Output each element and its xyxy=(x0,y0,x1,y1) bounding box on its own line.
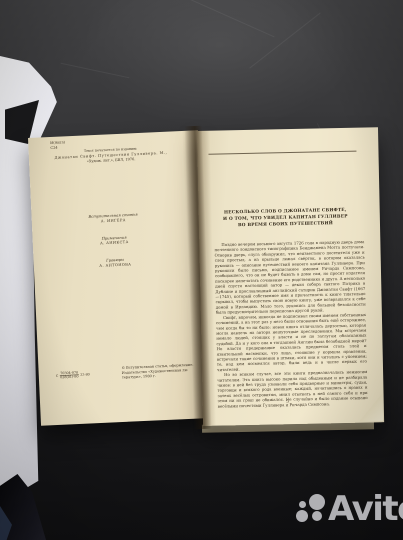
left-page: И(Англ) С24 Текст печатается по изданию:… xyxy=(28,130,211,425)
credit-engravings: Гравюры А. АНТОНОВА xyxy=(34,254,197,271)
credits-list: Вступительная статья А. ИНГЕРА Примечани… xyxy=(32,210,198,284)
body-text: Поздно вечером восьмого августа 1726 год… xyxy=(214,240,367,410)
catalog-code: С 70304-078 028(01)-80 33-80 xyxy=(56,370,90,379)
paragraph: Свифт, впрочем, никогда не подписывал св… xyxy=(216,312,367,372)
paragraph: Поздно вечером восьмого августа 1726 год… xyxy=(214,240,365,316)
avito-logo-icon xyxy=(299,501,306,508)
credit-intro-article: Вступительная статья А. ИНГЕРА xyxy=(32,210,195,227)
chapter-heading: НЕСКОЛЬКО СЛОВ О ДЖОНАТАНЕ СВИФТЕ, И О Т… xyxy=(201,206,370,229)
avito-logo-icon xyxy=(309,494,325,510)
avito-watermark: Avito xyxy=(295,492,401,538)
avito-logo-icon xyxy=(312,511,322,521)
credit-notes: Примечания А. АНИКСТА xyxy=(33,232,196,249)
background-highlight xyxy=(80,0,360,130)
listing-photo: И(Англ) С24 Текст печатается по изданию:… xyxy=(0,0,403,540)
right-page: НЕСКОЛЬКО СЛОВ О ДЖОНАТАНЕ СВИФТЕ, И О Т… xyxy=(197,127,384,426)
header-rule xyxy=(208,151,356,155)
avito-brand-text: Avito xyxy=(328,489,403,529)
avito-logo-icon xyxy=(296,510,308,522)
